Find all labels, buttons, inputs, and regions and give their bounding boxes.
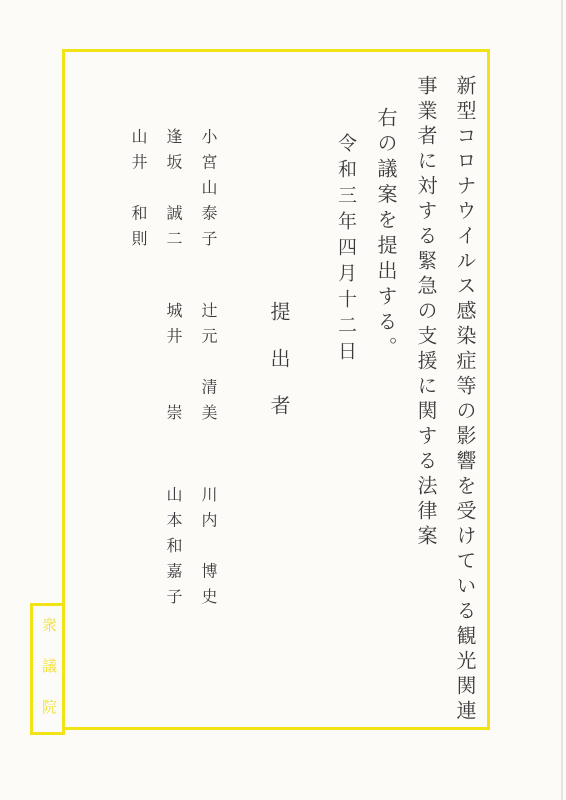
submitter-name: 小宮山泰子: [199, 128, 215, 256]
submitter-name: 川内 博史: [199, 486, 215, 614]
chamber-stamp-box: 衆議院: [30, 603, 65, 735]
bill-cover-page: 衆議院 新型コロナウイルス感染症等の影響を受けている観光関連 事業者に対する緊急…: [0, 0, 566, 800]
chamber-stamp-label: 衆議院: [40, 617, 55, 740]
submitters-label: 提出者: [268, 301, 288, 442]
submitter-name: 山本和嘉子: [164, 486, 180, 614]
submitter-name: 山井 和則: [129, 128, 145, 256]
scan-edge-artifact: [561, 0, 563, 800]
bill-title-line-2: 事業者に対する緊急の支援に関する法律案: [415, 75, 435, 550]
submitter-name: 逢坂 誠二: [164, 128, 180, 256]
bill-title-line-1: 新型コロナウイルス感染症等の影響を受けている観光関連: [454, 75, 474, 725]
submission-statement: 右の議案を提出する。: [375, 107, 395, 362]
submitter-name: 城井 崇: [164, 302, 180, 430]
submitter-name: 辻元 清美: [199, 302, 215, 430]
submission-date: 令和三年四月十二日: [336, 133, 355, 367]
